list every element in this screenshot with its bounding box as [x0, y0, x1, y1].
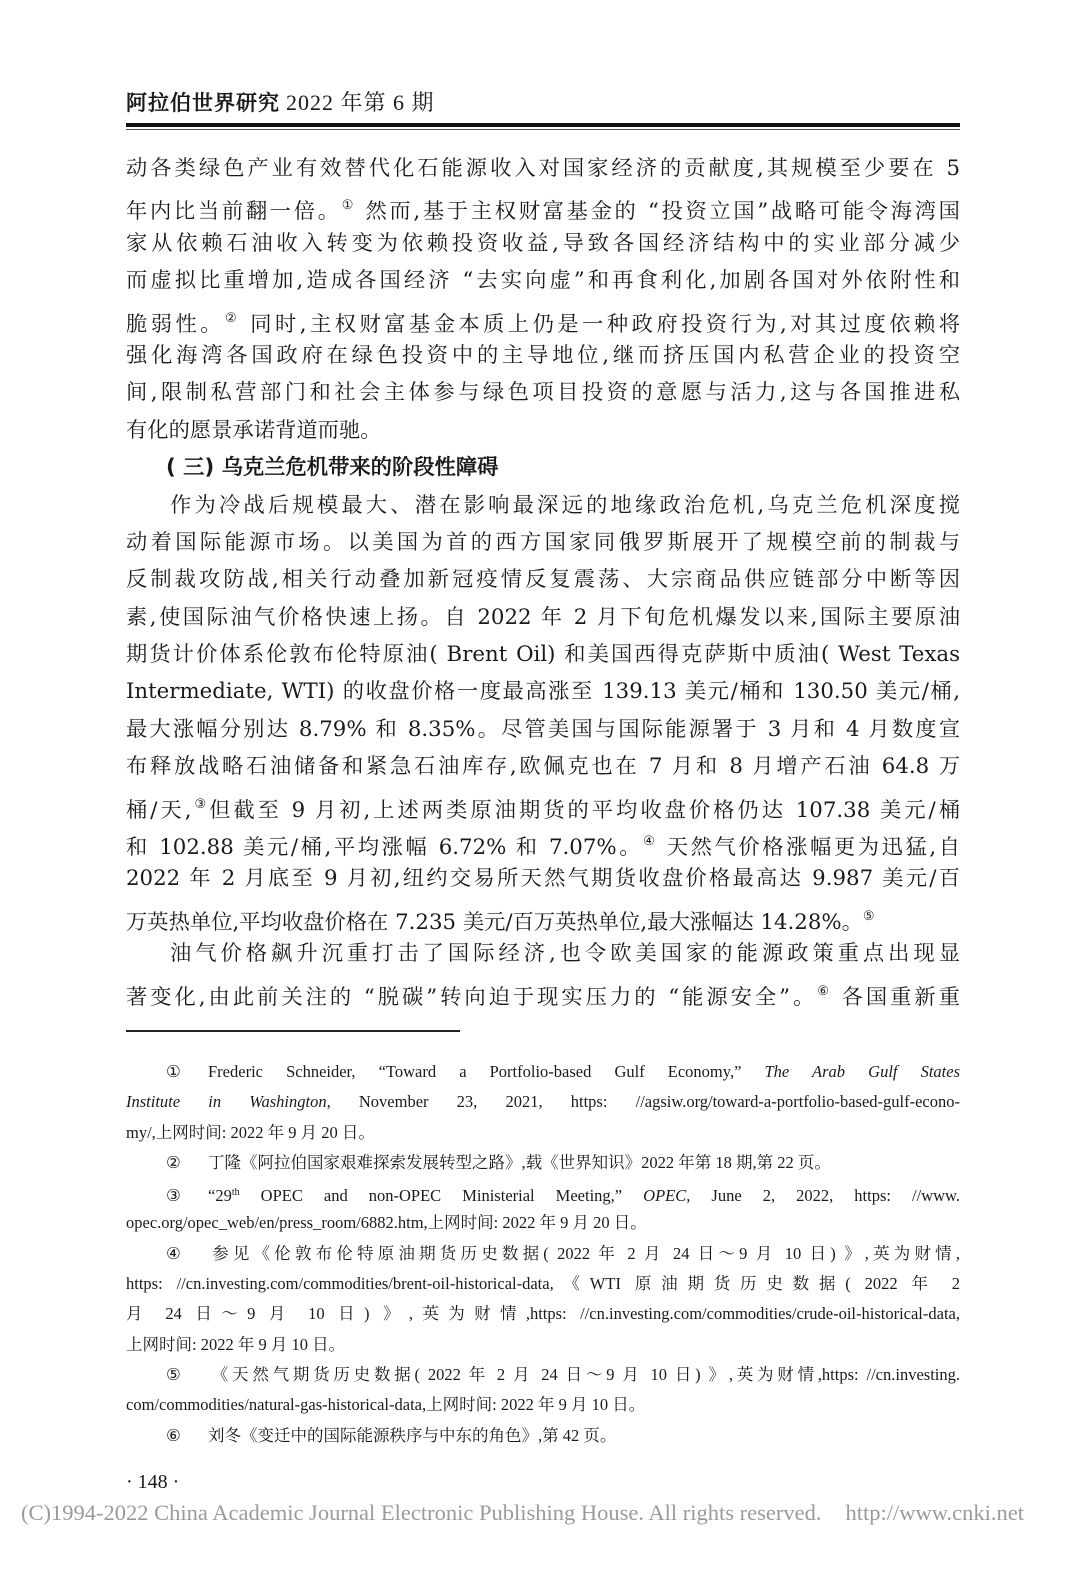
body-line: 脆弱性。② 同时,主权财富基金本质上仍是一种政府投资行为,对其过度依赖将: [126, 300, 960, 337]
footnote-1-cont: my/,上网时间: 2022 年 9 月 20 日。: [126, 1118, 960, 1148]
body-line: 油气价格飙升沉重打击了国际经济,也令欧美国家的能源政策重点出现显: [126, 935, 960, 972]
body-line: 素,使国际油气价格快速上扬。自 2022 年 2 月下旬危机爆发以来,国际主要原…: [126, 599, 960, 636]
cnki-link[interactable]: http://www.cnki.net: [845, 1500, 1024, 1525]
footnote-ref-3[interactable]: ③: [191, 797, 209, 812]
footnote-1: ①Frederic Schneider, “Toward a Portfolio…: [126, 1057, 960, 1087]
body-line: 动着国际能源市场。以美国为首的西方国家同俄罗斯展开了规模空前的制裁与: [126, 524, 960, 561]
footnote-link[interactable]: 《天然气期货历史数据( 2022 年 2 月 24 日～9 月 10 日) 》,…: [208, 1365, 960, 1384]
footnote-link[interactable]: com/commodities/natural-gas-historical-d…: [126, 1395, 645, 1414]
footnote-3-cont: opec.org/opec_web/en/press_room/6882.htm…: [126, 1208, 960, 1238]
footnote-ref-4[interactable]: ④: [643, 834, 657, 849]
footnote-2: ②丁隆《阿拉伯国家艰难探索发展转型之路》,载《世界知识》2022 年第 18 期…: [126, 1148, 960, 1178]
body-line: Intermediate, WTI) 的收盘价格一度最高涨至 139.13 美元…: [126, 673, 960, 710]
copyright-watermark: (C)1994-2022 China Academic Journal Elec…: [21, 1500, 1024, 1526]
header-rule-thick: [126, 123, 960, 127]
header-rule-thin: [126, 129, 960, 130]
journal-name: 阿拉伯世界研究: [126, 90, 280, 115]
running-head: 阿拉伯世界研究2022 年第 6 期: [126, 86, 435, 117]
footnote-link[interactable]: , November 23, 2021, https: //agsiw.org/…: [327, 1092, 960, 1111]
footnote-ref-2[interactable]: ②: [225, 311, 240, 326]
body-line: 期货计价体系伦敦布伦特原油( Brent Oil) 和美国西得克萨斯中质油( W…: [126, 636, 960, 673]
body-line: 作为冷战后规模最大、潜在影响最深远的地缘政治危机,乌克兰危机深度搅: [126, 487, 960, 524]
body-line: 有化的愿景承诺背道而驰。: [126, 412, 960, 449]
footnote-ref-1[interactable]: ①: [342, 198, 356, 213]
footnote-3: ③“29th OPEC and non-OPEC Ministerial Mee…: [126, 1178, 960, 1208]
body-line: 反制裁攻防战,相关行动叠加新冠疫情反复震荡、大宗商品供应链部分中断等因: [126, 561, 960, 598]
body-line: 布释放战略石油储备和紧急石油库存,欧佩克也在 7 月和 8 月增产石油 64.8…: [126, 748, 960, 785]
footnote-4: ④参见《伦敦布伦特原油期货历史数据( 2022 年 2 月 24 日～9 月 1…: [126, 1239, 960, 1269]
body-line: 万英热单位,平均收盘价格在 7.235 美元/百万英热单位,最大涨幅达 14.2…: [126, 898, 960, 935]
body-line: 年内比当前翻一倍。① 然而,基于主权财富基金的 “投资立国”战略可能令海湾国: [126, 187, 960, 224]
footnote-link[interactable]: https: //cn.investing.com/commodities/br…: [126, 1274, 960, 1293]
body-line: 间,限制私营部门和社会主体参与绿色项目投资的意愿与活力,这与各国推进私: [126, 374, 960, 411]
page-number: · 148 ·: [126, 1471, 179, 1494]
body-line: 和 102.88 美元/桶,平均涨幅 6.72% 和 7.07%。④ 天然气价格…: [126, 823, 960, 860]
footnote-6: ⑥刘冬《变迁中的国际能源秩序与中东的角色》,第 42 页。: [126, 1421, 960, 1451]
footnote-5: ⑤《天然气期货历史数据( 2022 年 2 月 24 日～9 月 10 日) 》…: [126, 1360, 960, 1390]
journal-page: 阿拉伯世界研究2022 年第 6 期 动各类绿色产业有效替代化石能源收入对国家经…: [0, 0, 1090, 1575]
body-line: 桶/天,③但截至 9 月初,上述两类原油期货的平均收盘价格仍达 107.38 美…: [126, 786, 960, 823]
copyright-text: (C)1994-2022 China Academic Journal Elec…: [21, 1500, 821, 1525]
footnote-link[interactable]: , June 2, 2022, https: //www.: [686, 1186, 960, 1205]
footnote-1-cont: Institute in Washington, November 23, 20…: [126, 1087, 960, 1117]
footnote-4-cont: https: //cn.investing.com/commodities/br…: [126, 1269, 960, 1299]
body-line: 最大涨幅分别达 8.79% 和 8.35%。尽管美国与国际能源署于 3 月和 4…: [126, 711, 960, 748]
footnotes: ①Frederic Schneider, “Toward a Portfolio…: [126, 1057, 960, 1451]
issue-label: 2022 年第 6 期: [286, 90, 435, 115]
body-line: 著变化,由此前关注的 “脱碳”转向迫于现实压力的 “能源安全”。⑥ 各国重新重: [126, 973, 960, 1010]
body-line: 家从依赖石油收入转变为依赖投资收益,导致各国经济结构中的实业部分减少: [126, 225, 960, 262]
footnote-link[interactable]: 月 24 日～9 月 10 日) 》,英为财情,https: //cn.inve…: [126, 1304, 960, 1323]
section-heading: ( 三) 乌克兰危机带来的阶段性障碍: [126, 449, 960, 486]
footnote-4-cont: 月 24 日～9 月 10 日) 》,英为财情,https: //cn.inve…: [126, 1299, 960, 1329]
body-line: 2022 年 2 月底至 9 月初,纽约交易所天然气期货收盘价格最高达 9.98…: [126, 860, 960, 897]
footnote-separator: [126, 1030, 460, 1032]
body-line: 而虚拟比重增加,造成各国经济 “去实向虚”和再食利化,加剧各国对外依附性和: [126, 262, 960, 299]
footnote-link[interactable]: opec.org/opec_web/en/press_room/6882.htm…: [126, 1213, 647, 1232]
footnote-4-cont: 上网时间: 2022 年 9 月 10 日。: [126, 1330, 960, 1360]
body-text: 动各类绿色产业有效替代化石能源收入对国家经济的贡献度,其规模至少要在 5 年内比…: [126, 150, 960, 1010]
footnote-5-cont: com/commodities/natural-gas-historical-d…: [126, 1390, 960, 1420]
footnote-ref-6[interactable]: ⑥: [817, 984, 832, 999]
body-line: 强化海湾各国政府在绿色投资中的主导地位,继而挤压国内私营企业的投资空: [126, 337, 960, 374]
footnote-ref-5[interactable]: ⑤: [863, 909, 875, 924]
body-line: 动各类绿色产业有效替代化石能源收入对国家经济的贡献度,其规模至少要在 5: [126, 150, 960, 187]
